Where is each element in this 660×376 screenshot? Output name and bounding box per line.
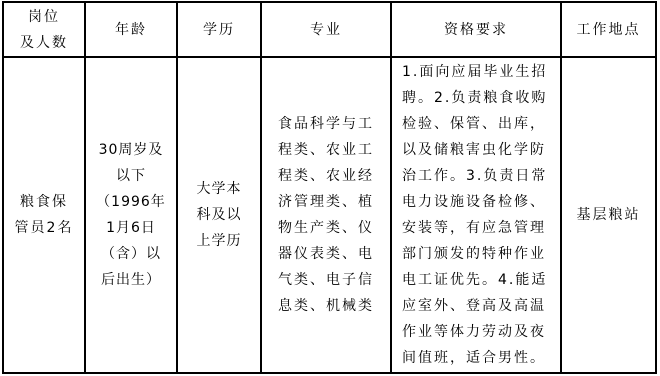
- header-major: 专业: [261, 2, 391, 57]
- cell-text: 管员2名: [4, 215, 84, 241]
- cell-text: 电力设施设备检修、: [402, 189, 560, 215]
- cell-text: 以及储粮害虫化学防: [402, 137, 560, 163]
- cell-text: （含）以: [86, 241, 176, 267]
- header-text: 学历: [178, 17, 260, 43]
- cell-text: 以下: [86, 163, 176, 189]
- cell-major: 食品科学与工 程类、农业工 程类、农业经 济管理类、植 物生产类、仪 器仪表类、…: [261, 57, 391, 373]
- header-text: 年龄: [86, 17, 176, 43]
- cell-text: 安装等，有应急管理: [402, 215, 560, 241]
- cell-text: 电工证优先。4.能适: [402, 267, 560, 293]
- header-text: 资格要求: [392, 17, 560, 43]
- cell-education: 大学本 科及以 上学历: [177, 57, 261, 373]
- header-position: 岗位 及人数: [3, 2, 85, 57]
- cell-text: 科及以: [178, 202, 260, 228]
- cell-requirements: 1.面向应届毕业生招 聘。2.负责粮食收购 检验、保管、出库， 以及储粮害虫化学…: [391, 57, 561, 373]
- cell-text: 程类、农业工: [278, 137, 390, 163]
- cell-text: 程类、农业经: [278, 163, 390, 189]
- header-text: 专业: [262, 17, 390, 43]
- cell-text: 基层粮站: [562, 202, 655, 228]
- cell-text: 粮食保: [4, 189, 84, 215]
- header-requirements: 资格要求: [391, 2, 561, 57]
- cell-text: 后出生）: [86, 267, 176, 293]
- cell-text: 食品科学与工: [278, 111, 390, 137]
- cell-text: 应室外、登高及高温: [402, 293, 560, 319]
- header-text: 工作地点: [562, 17, 655, 43]
- header-education: 学历: [177, 2, 261, 57]
- header-text: 岗位: [4, 4, 84, 30]
- header-location: 工作地点: [561, 2, 656, 57]
- header-text: 及人数: [4, 30, 84, 56]
- cell-text: 1月6日: [86, 215, 176, 241]
- cell-text: 器仪表类、电: [278, 241, 390, 267]
- cell-text: 1.面向应届毕业生招: [402, 59, 560, 85]
- header-row: 岗位 及人数 年龄 学历 专业 资格要求 工作地点: [3, 2, 656, 57]
- cell-text: 济管理类、植: [278, 189, 390, 215]
- cell-text: 作业等体力劳动及夜: [402, 319, 560, 345]
- cell-text: 检验、保管、出库，: [402, 111, 560, 137]
- cell-text: 大学本: [178, 176, 260, 202]
- cell-text: 治工作。3.负责日常: [402, 163, 560, 189]
- header-age: 年龄: [85, 2, 177, 57]
- cell-text: 聘。2.负责粮食收购: [402, 85, 560, 111]
- cell-text: 息类、机械类: [278, 293, 390, 319]
- cell-text: 气类、电子信: [278, 267, 390, 293]
- cell-text: 间值班，适合男性。: [402, 345, 560, 371]
- cell-location: 基层粮站: [561, 57, 656, 373]
- cell-text: 30周岁及: [86, 137, 176, 163]
- table-row: 粮食保 管员2名 30周岁及 以下 （1996年 1月6日 （含）以 后出生） …: [3, 57, 656, 373]
- recruitment-table: 岗位 及人数 年龄 学历 专业 资格要求 工作地点 粮食保 管员2名 30周岁及…: [2, 1, 657, 374]
- cell-text: 部门颁发的特种作业: [402, 241, 560, 267]
- cell-text: 物生产类、仪: [278, 215, 390, 241]
- cell-text: （1996年: [86, 189, 176, 215]
- cell-age: 30周岁及 以下 （1996年 1月6日 （含）以 后出生）: [85, 57, 177, 373]
- cell-position: 粮食保 管员2名: [3, 57, 85, 373]
- cell-text: 上学历: [178, 228, 260, 254]
